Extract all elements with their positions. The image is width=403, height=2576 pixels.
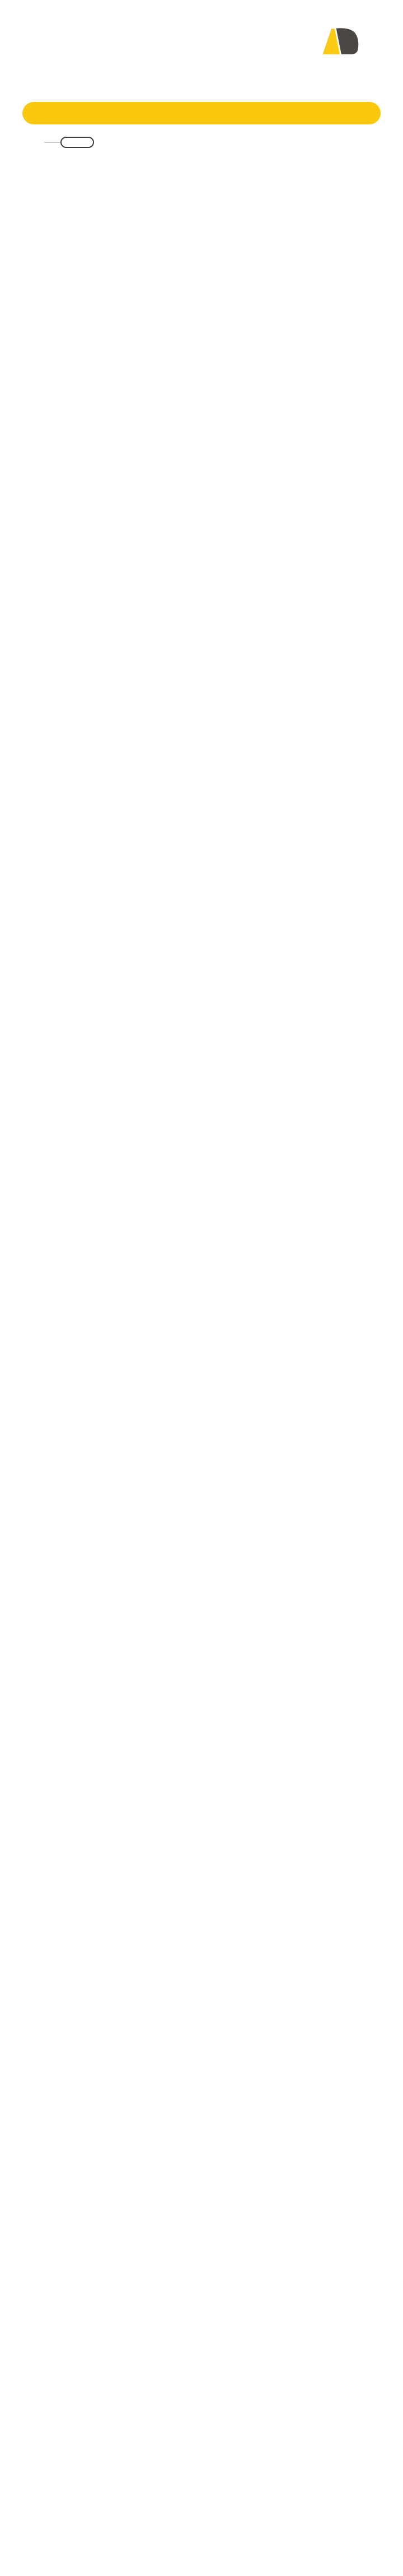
fandeng-logo [304, 26, 375, 64]
root-topic [60, 137, 94, 148]
book-logo-icon [318, 26, 362, 57]
page-title [22, 102, 381, 124]
mindmap-page [0, 0, 403, 2576]
